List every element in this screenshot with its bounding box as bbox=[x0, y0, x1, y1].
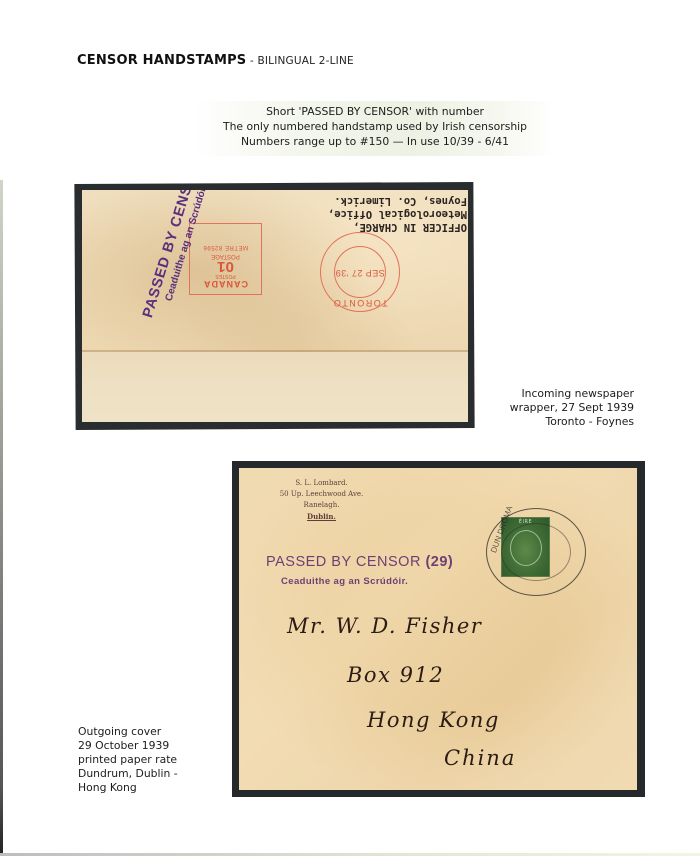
meter-franking-icon: CANADA POSTES 01 POSTAGE METRE 82596 bbox=[189, 223, 262, 295]
caption-line: Hong Kong bbox=[78, 781, 228, 795]
sender-line: 50 Up. Leechwood Ave. bbox=[259, 489, 384, 500]
meter-postage: POSTAGE bbox=[190, 253, 261, 259]
caption-line: wrapper, 27 Sept 1939 bbox=[488, 401, 634, 415]
address-line: Foynes, Co. Limerick. bbox=[257, 194, 467, 207]
page-left-edge bbox=[0, 180, 3, 856]
caption-incoming: Incoming newspaper wrapper, 27 Sept 1939… bbox=[488, 387, 634, 429]
caption-line: 29 October 1939 bbox=[78, 739, 228, 753]
recipient-country: China bbox=[444, 746, 516, 770]
caption-line: Outgoing cover bbox=[78, 725, 228, 739]
postmark-city: TORONTO bbox=[321, 298, 399, 308]
page-heading: CENSOR HANDSTAMPS - BILINGUAL 2-LINE bbox=[77, 53, 354, 68]
censor-number: (29) bbox=[425, 554, 453, 570]
sender-line: Ranelagh. bbox=[259, 500, 384, 511]
meter-value: 01 bbox=[190, 259, 261, 273]
heading-subtitle: BILINGUAL 2-LINE bbox=[257, 55, 353, 67]
postmark-text: DUN DROMA bbox=[489, 505, 514, 554]
recipient-name: Mr. W. D. Fisher bbox=[287, 614, 482, 638]
sender-line: Dublin. bbox=[259, 511, 384, 522]
address-line: OFFICER IN CHARGE, bbox=[257, 220, 467, 233]
toronto-postmark-icon: TORONTO SEP 27 '39 bbox=[320, 232, 400, 312]
censor-line2: Ceaduithe ag an Scrúdóir. bbox=[281, 576, 453, 587]
typed-address: OFFICER IN CHARGE, Meteorological Office… bbox=[257, 194, 467, 233]
outgoing-cover-image: S. L. Lombard. 50 Up. Leechwood Ave. Ran… bbox=[239, 468, 637, 790]
meter-country: CANADA bbox=[190, 279, 261, 289]
intro-line: The only numbered handstamp used by Iris… bbox=[194, 119, 556, 134]
intro-line: Numbers range up to #150 — In use 10/39 … bbox=[194, 134, 556, 149]
recipient-box: Box 912 bbox=[347, 663, 444, 687]
censor-handstamp-29: PASSED BY CENSOR (29) Ceaduithe ag an Sc… bbox=[266, 554, 453, 587]
postmark-date: SEP 27 '39 bbox=[321, 268, 399, 278]
intro-note: Short 'PASSED BY CENSOR' with number The… bbox=[194, 101, 556, 156]
wrapper-lower-fold bbox=[82, 352, 468, 422]
intro-line: Short 'PASSED BY CENSOR' with number bbox=[194, 104, 556, 119]
caption-line: Incoming newspaper bbox=[488, 387, 634, 401]
caption-line: Dundrum, Dublin - bbox=[78, 767, 228, 781]
caption-outgoing: Outgoing cover 29 October 1939 printed p… bbox=[78, 725, 228, 795]
newspaper-wrapper-image: OFFICER IN CHARGE, Meteorological Office… bbox=[82, 190, 468, 422]
address-line: Meteorological Office, bbox=[257, 207, 467, 220]
dundrum-postmark-icon: DUN DROMA bbox=[486, 508, 586, 596]
heading-title: CENSOR HANDSTAMPS bbox=[77, 53, 246, 68]
censor-line1: PASSED BY CENSOR bbox=[266, 554, 421, 570]
meter-number: METRE 82596 bbox=[190, 244, 261, 250]
caption-line: printed paper rate bbox=[78, 753, 228, 767]
recipient-city: Hong Kong bbox=[367, 708, 500, 732]
sender-address: S. L. Lombard. 50 Up. Leechwood Ave. Ran… bbox=[259, 478, 384, 522]
caption-line: Toronto - Foynes bbox=[488, 415, 634, 429]
sender-line: S. L. Lombard. bbox=[259, 478, 384, 489]
wrapper-fold-line bbox=[82, 350, 468, 352]
heading-separator: - bbox=[246, 55, 257, 67]
